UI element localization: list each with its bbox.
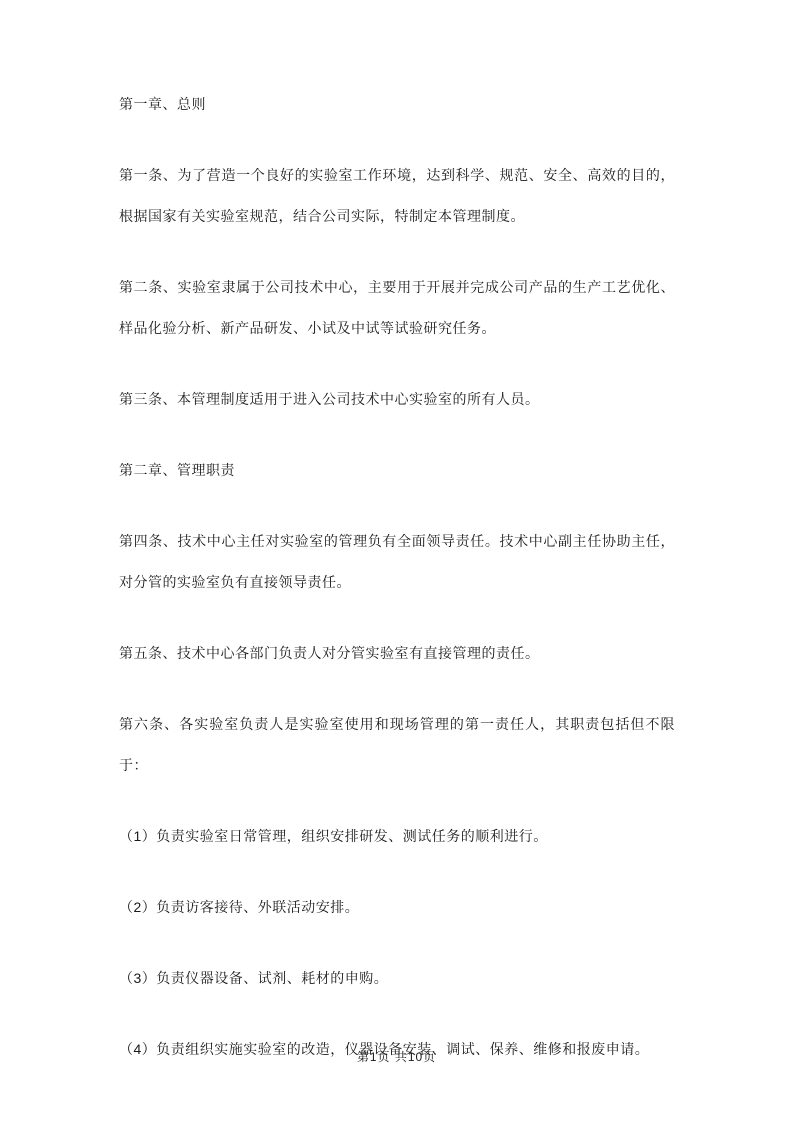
chapter-heading: 第一章、总则 bbox=[119, 84, 675, 125]
article-paragraph: 第一条、为了营造一个良好的实验室工作环境，达到科学、规范、安全、高效的目的，根据… bbox=[119, 155, 675, 237]
article-paragraph: 第三条、本管理制度适用于进入公司技术中心实验室的所有人员。 bbox=[119, 379, 675, 420]
chapter-heading: 第二章、管理职责 bbox=[119, 450, 675, 491]
document-page: 第一章、总则 第一条、为了营造一个良好的实验室工作环境，达到科学、规范、安全、高… bbox=[0, 0, 793, 1122]
article-paragraph: 第四条、技术中心主任对实验室的管理负有全面领导责任。技术中心副主任协助主任，对分… bbox=[119, 521, 675, 603]
document-content: 第一章、总则 第一条、为了营造一个良好的实验室工作环境，达到科学、规范、安全、高… bbox=[119, 84, 675, 1100]
list-item: （1）负责实验室日常管理，组织安排研发、测试任务的顺利进行。 bbox=[119, 816, 675, 857]
article-paragraph: 第六条、各实验室负责人是实验室使用和现场管理的第一责任人，其职责包括但不限于： bbox=[119, 704, 675, 786]
list-item: （2）负责访客接待、外联活动安排。 bbox=[119, 887, 675, 928]
list-item: （3）负责仪器设备、试剂、耗材的申购。 bbox=[119, 958, 675, 999]
page-number-label: 第1页 共10页 bbox=[357, 1050, 436, 1064]
article-paragraph: 第五条、技术中心各部门负责人对分管实验室有直接管理的责任。 bbox=[119, 633, 675, 674]
page-footer: 第1页 共10页 bbox=[0, 1048, 793, 1066]
article-paragraph: 第二条、实验室隶属于公司技术中心，主要用于开展并完成公司产品的生产工艺优化、样品… bbox=[119, 267, 675, 349]
